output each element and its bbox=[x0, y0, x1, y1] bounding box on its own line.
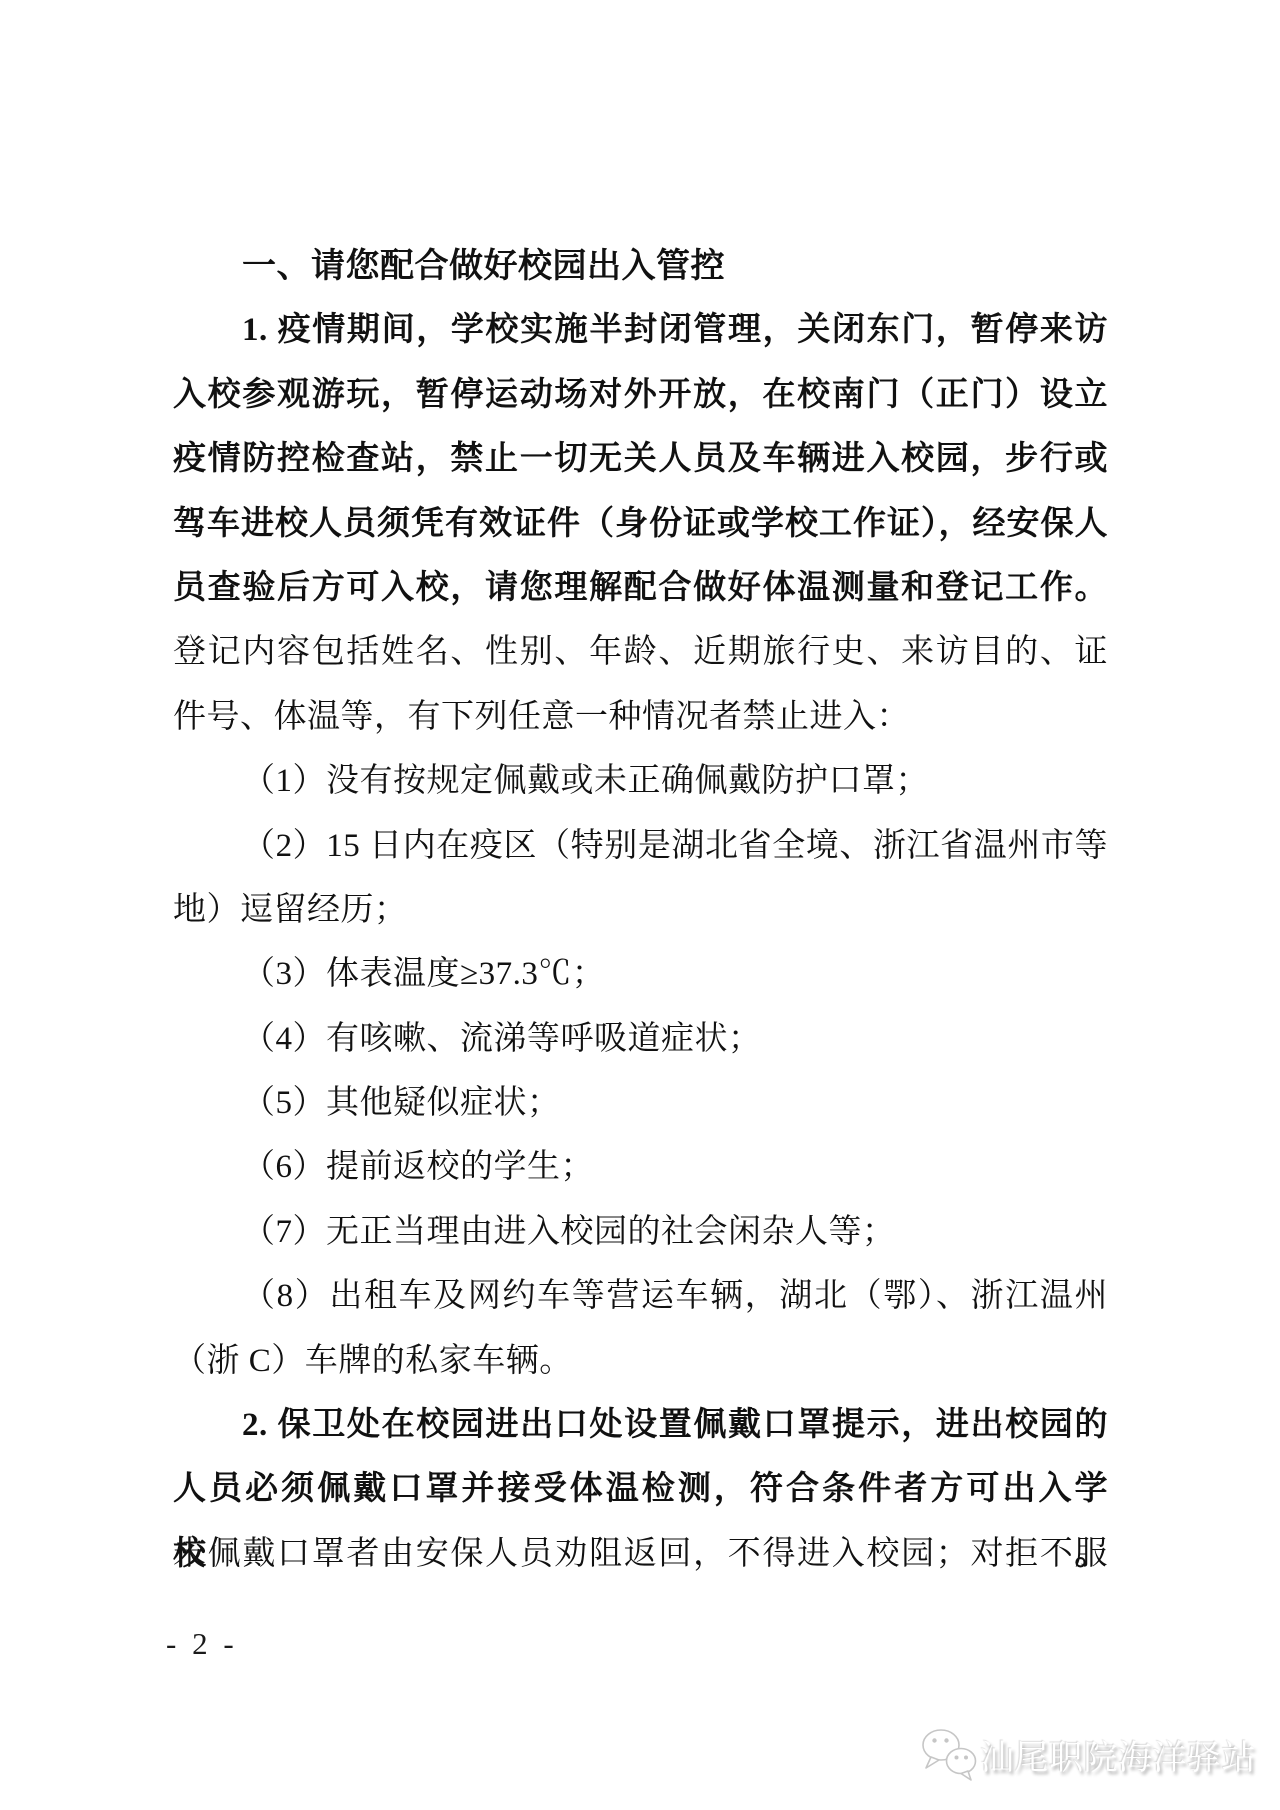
text-line: 1. 疫情期间，学校实施半封闭管理，关闭东门，暂停来访 bbox=[173, 298, 1108, 362]
text-line: 2. 保卫处在校园进出口处设置佩戴口罩提示，进出校园的 bbox=[173, 1393, 1108, 1457]
text-line: （8）出租车及网约车等营运车辆，湖北（鄂）、浙江温州 bbox=[173, 1264, 1108, 1328]
text-line: （4）有咳嗽、流涕等呼吸道症状； bbox=[173, 1007, 1108, 1071]
text-line: 未佩戴口罩者由安保人员劝阻返回，不得进入校园；对拒不服 bbox=[173, 1522, 1108, 1586]
text-line: 登记内容包括姓名、性别、年龄、近期旅行史、来访目的、证 bbox=[173, 620, 1108, 684]
text-line: （1）没有按规定佩戴或未正确佩戴防护口罩； bbox=[173, 749, 1108, 813]
text-line: 员查验后方可入校，请您理解配合做好体温测量和登记工作。 bbox=[173, 556, 1108, 620]
text-line: 地）逗留经历； bbox=[173, 878, 1108, 942]
watermark-label: 汕尾职院海洋驿站 bbox=[980, 1730, 1256, 1779]
text-line: 驾车进校人员须凭有效证件（身份证或学校工作证），经安保人 bbox=[173, 492, 1108, 556]
document-body: 一、请您配合做好校园出入管控1. 疫情期间，学校实施半封闭管理，关闭东门，暂停来… bbox=[173, 234, 1108, 1586]
page-number: - 2 - bbox=[166, 1626, 238, 1662]
text-line: （浙 C）车牌的私家车辆。 bbox=[173, 1329, 1108, 1393]
text-line: 件号、体温等，有下列任意一种情况者禁止进入： bbox=[173, 685, 1108, 749]
text-line: （5）其他疑似症状； bbox=[173, 1071, 1108, 1135]
text-line: 入校参观游玩，暂停运动场对外开放，在校南门（正门）设立 bbox=[173, 363, 1108, 427]
text-line: 人员必须佩戴口罩并接受体温检测，符合条件者方可出入学校。 bbox=[173, 1457, 1108, 1521]
text-line: （7）无正当理由进入校园的社会闲杂人等； bbox=[173, 1200, 1108, 1264]
wechat-logo-icon bbox=[918, 1726, 980, 1782]
text-line: 疫情防控检查站，禁止一切无关人员及车辆进入校园，步行或 bbox=[173, 427, 1108, 491]
text-line: （2）15 日内在疫区（特别是湖北省全境、浙江省温州市等 bbox=[173, 814, 1108, 878]
document-page: 一、请您配合做好校园出入管控1. 疫情期间，学校实施半封闭管理，关闭东门，暂停来… bbox=[0, 0, 1280, 1810]
section-heading: 一、请您配合做好校园出入管控 bbox=[173, 234, 1108, 298]
text-line: （3）体表温度≥37.3℃； bbox=[173, 942, 1108, 1006]
text-line: （6）提前返校的学生； bbox=[173, 1135, 1108, 1199]
watermark: 汕尾职院海洋驿站 bbox=[918, 1726, 1256, 1782]
